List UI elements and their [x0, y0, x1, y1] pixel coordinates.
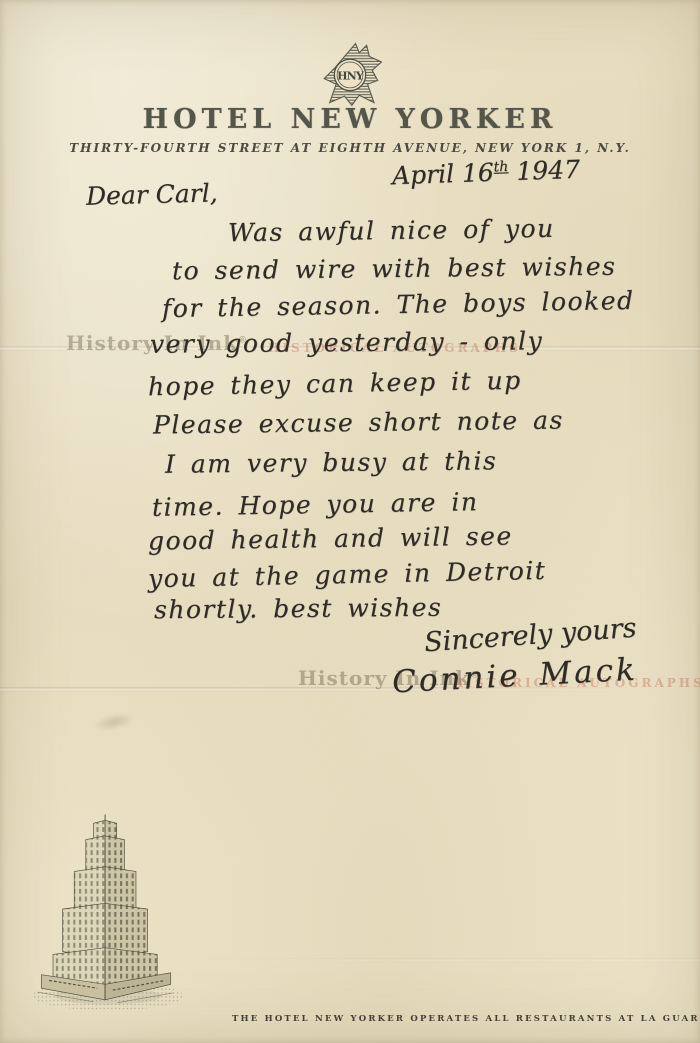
letter-body-line: very good yesterday - only	[150, 326, 543, 358]
letter-body-line: to send wire with best wishes	[172, 252, 617, 286]
letter-body-line: Please excuse short note as	[153, 405, 564, 439]
letter-body-line: for the season. The boys looked	[162, 286, 635, 323]
letter-body-line: shortly. best wishes	[154, 593, 442, 625]
letter-body-line: good health and will see	[148, 521, 513, 555]
letter-body-line: hope they can keep it up	[148, 366, 522, 402]
hotel-name-title: HOTEL NEW YORKER	[0, 104, 700, 135]
connie-mack-signature: Connie Mack	[391, 652, 638, 701]
letter-body-line: you at the game in Detroit	[148, 556, 547, 593]
letter-body-line: time. Hope you are in	[152, 487, 479, 522]
hotel-address-line: THIRTY-FOURTH STREET AT EIGHTH AVENUE, N…	[0, 141, 700, 155]
pencil-smudge	[91, 710, 137, 735]
footer-restaurants-note: THE HOTEL NEW YORKER OPERATES ALL RESTAU…	[232, 1014, 672, 1024]
letter-closing: Sincerely yours	[423, 613, 637, 659]
letter-greeting: Dear Carl,	[86, 178, 218, 210]
handwritten-date: April 16th 1947	[392, 155, 581, 191]
letter-scan-page: HNY HOTEL NEW YORKER THIRTY-FOURTH STREE…	[0, 0, 700, 1043]
hotel-new-yorker-logo-icon: HNY	[302, 38, 398, 110]
logo-monogram-text: HNY	[337, 70, 364, 83]
hotel-building-illustration	[26, 810, 190, 1014]
letter-body-line: Was awful nice of you	[228, 214, 555, 248]
letter-body-line: I am very busy at this	[165, 446, 497, 478]
